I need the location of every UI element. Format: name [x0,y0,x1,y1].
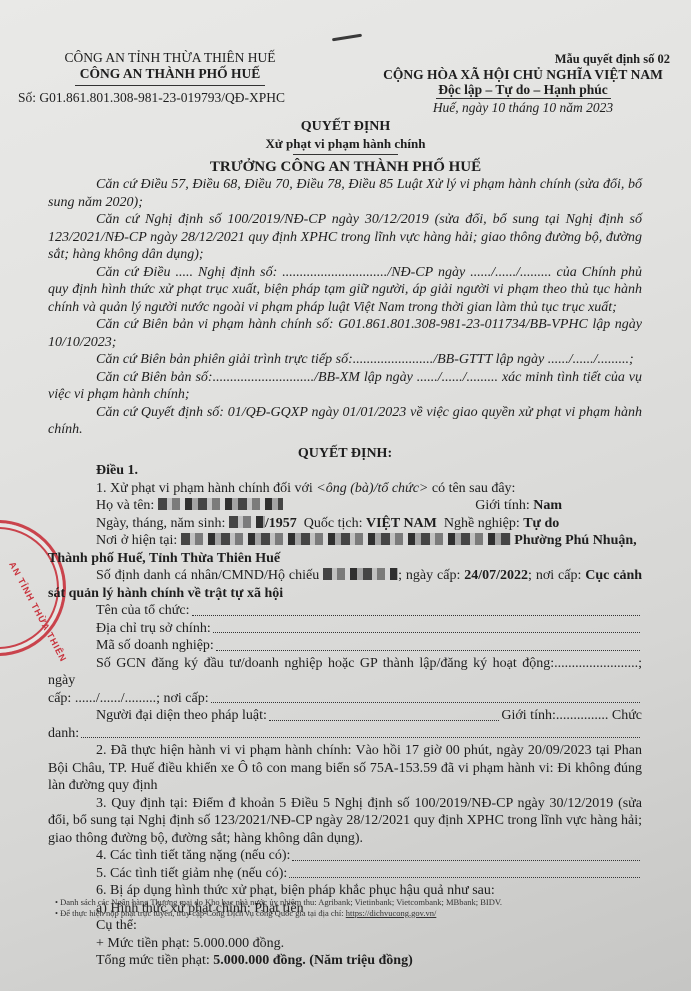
text: có tên sau đây: [428,481,515,496]
org-cert-issue-label: cấp: ....../....../.........; nơi cấp: [48,690,209,708]
title-sub: Xử phạt vi phạm hành chính [0,135,691,152]
gender-field: Giới tính: Nam [475,497,642,515]
national-header: Mẫu quyết định số 02 CỘNG HÒA XÃ HỘI CHỦ… [358,52,688,115]
document-page: AN TỈNH THỪA THIÊN CÔNG AN TỈNH THỪA THI… [0,0,691,991]
blank-line [192,615,641,616]
item-4-label: 4. Các tình tiết tăng nặng (nếu có): [96,847,290,865]
document-body: Căn cứ Điều 57, Điều 68, Điều 70, Điều 7… [48,176,642,970]
residence-label: Nơi ở hiện tại: [96,533,177,548]
org-code-row: Mã số doanh nghiệp: [48,637,642,655]
legal-basis-7: Căn cứ Quyết định số: 01/QĐ-GQXP ngày 01… [48,404,642,439]
org-cert-issue-row: cấp: ....../....../.........; nơi cấp: [48,690,642,708]
document-title: QUYẾT ĐỊNH Xử phạt vi phạm hành chính TR… [0,118,691,176]
footnote-text: • Để thực hiện nộp phạt trực tuyến, truy… [55,908,346,918]
id-label: Số định danh cá nhân/CMND/Hộ chiếu [96,568,319,583]
issue-date-value: 24/07/2022 [464,568,528,583]
nation-name: CỘNG HÒA XÃ HỘI CHỦ NGHĨA VIỆT NAM [358,67,688,82]
agency-name: CÔNG AN THÀNH PHỐ HUẾ [20,66,320,82]
rep-gender-label: Giới tính:............... Chức [501,707,642,725]
name-label: Họ và tên: [96,498,154,513]
name-row: Họ và tên: Giới tính: Nam [48,497,642,515]
issuing-authority: TRƯỞNG CÔNG AN THÀNH PHỐ HUẾ [0,159,691,176]
fine-amount: + Mức tiền phạt: 5.000.000 đồng. [48,935,642,953]
residence-ward: Phường Phú Nhuận, [514,533,636,548]
redacted-address [181,533,511,545]
rep-title-row: danh: [48,725,642,743]
item-1-intro: 1. Xử phạt vi phạm hành chính đối với <ô… [48,480,642,498]
item-5-row: 5. Các tình tiết giảm nhẹ (nếu có): [48,865,642,883]
org-cert-row: Số GCN đăng ký đầu tư/doanh nghiệp hoặc … [48,655,642,690]
total-fine-value: 5.000.000 đồng. (Năm triệu đồng) [213,953,413,968]
title-main: QUYẾT ĐỊNH [0,118,691,135]
public-service-link[interactable]: https://dichvucong.gov.vn/ [346,908,437,918]
form-label: Mẫu quyết định số 02 [358,52,688,67]
name-field: Họ và tên: [96,497,283,515]
blank-line [289,877,640,878]
divider [436,98,611,99]
blank-line [292,860,640,861]
dob-year: /1957 [265,516,297,531]
footnote-online-payment: • Để thực hiện nộp phạt trực tuyến, truy… [55,908,655,919]
id-row: Số định danh cá nhân/CMND/Hộ chiếu ; ngà… [48,567,642,602]
occupation-label: Nghề nghiệp: [444,516,520,531]
total-fine-label: Tổng mức tiền phạt: [96,953,213,968]
item-3-regulation: 3. Quy định tại: Điểm đ khoản 5 Điều 5 N… [48,795,642,848]
redacted-id [323,568,398,580]
item-5-label: 5. Các tình tiết giảm nhẹ (nếu có): [96,865,287,883]
legal-basis-2: Căn cứ Nghị định số 100/2019/NĐ-CP ngày … [48,211,642,264]
occupation-value: Tự do [523,516,559,531]
article-1: Điều 1. [48,462,642,480]
blank-line [213,632,640,633]
total-fine: Tổng mức tiền phạt: 5.000.000 đồng. (Năm… [48,952,642,970]
dob-row: Ngày, tháng, năm sinh: /1957 Quốc tịch: … [48,515,642,533]
rep-title-label: danh: [48,725,79,743]
place-date: Huế, ngày 10 tháng 10 năm 2023 [358,100,688,115]
org-name-label: Tên của tổ chức: [96,602,190,620]
issuer-label: ; nơi cấp: [528,568,581,583]
blank-line [216,650,640,651]
nationality-value: VIỆT NAM [366,516,437,531]
legal-basis-3: Căn cứ Điều ..... Nghị định số: ........… [48,264,642,317]
blank-line [81,737,640,738]
footnotes: • Danh sách các Ngân hàng Thương mại do … [55,897,655,918]
specific-label: Cụ thể: [48,917,642,935]
parent-agency: CÔNG AN TỈNH THỪA THIÊN HUẾ [20,50,320,66]
legal-basis-4: Căn cứ Biên bản vi phạm hành chính số: G… [48,316,642,351]
redacted-name [158,498,283,510]
residence-row: Nơi ở hiện tại: Phường Phú Nhuận, [48,532,642,550]
issuing-agency-header: CÔNG AN TỈNH THỪA THIÊN HUẾ CÔNG AN THÀN… [20,50,320,106]
gender-label: Giới tính: [475,498,529,513]
legal-basis-6: Căn cứ Biên bản số:.....................… [48,369,642,404]
dob-label: Ngày, tháng, năm sinh: [96,516,225,531]
gender-value: Nam [533,498,562,513]
rep-label: Người đại diện theo pháp luật: [96,707,267,725]
blank-line [211,702,640,703]
org-address-label: Địa chỉ trụ sở chính: [96,620,211,638]
nationality-label: Quốc tịch: [304,516,363,531]
footnote-banks: • Danh sách các Ngân hàng Thương mại do … [55,897,655,908]
blank-line [269,720,499,721]
legal-basis-5: Căn cứ Biên bản phiên giải trình trực ti… [48,351,642,369]
rep-row: Người đại diện theo pháp luật:Giới tính:… [48,707,642,725]
document-number: Số: G01.861.801.308-981-23-019793/QĐ-XPH… [18,90,320,106]
item-4-row: 4. Các tình tiết tăng nặng (nếu có): [48,847,642,865]
legal-basis-1: Căn cứ Điều 57, Điều 68, Điều 70, Điều 7… [48,176,642,211]
divider [75,85,265,86]
org-code-label: Mã số doanh nghiệp: [96,637,214,655]
text: <ông (bà)/tổ chức> [316,481,428,496]
org-name-row: Tên của tổ chức: [48,602,642,620]
text: 1. Xử phạt vi phạm hành chính đối với [96,481,316,496]
org-address-row: Địa chỉ trụ sở chính: [48,620,642,638]
redacted-dob [229,516,265,528]
pen-mark [332,34,362,42]
issue-date-label: ; ngày cấp: [398,568,460,583]
national-motto: Độc lập – Tự do – Hạnh phúc [358,82,688,97]
item-2-violation: 2. Đã thực hiện hành vi vi phạm hành chí… [48,742,642,795]
residence-city: Thành phố Huế, Tỉnh Thừa Thiên Huế [48,550,642,568]
decision-heading: QUYẾT ĐỊNH: [48,445,642,463]
divider [293,154,398,155]
